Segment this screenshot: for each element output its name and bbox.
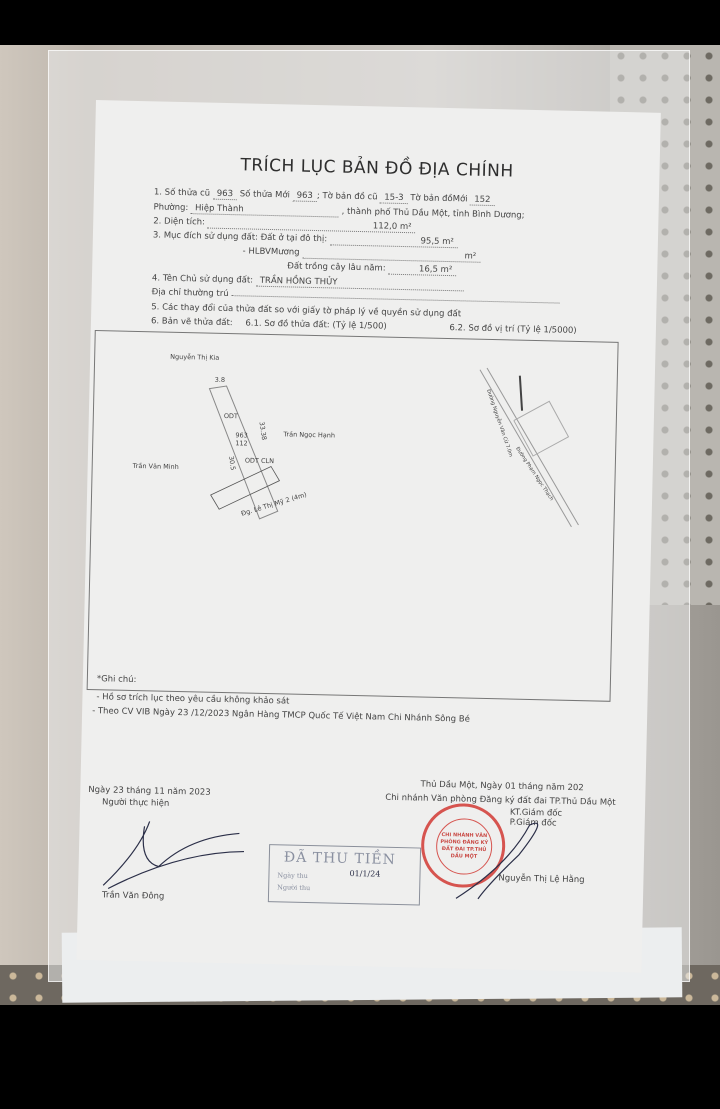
- left-signature: [98, 810, 250, 893]
- map-drawing: [88, 331, 618, 701]
- photo-background: TRÍCH LỤC BẢN ĐỒ ĐỊA CHÍNH 1. Số thửa cũ…: [0, 45, 720, 1005]
- right-sign-office: Chi nhánh Văn phòng Đăng ký đất đai TP.T…: [385, 793, 616, 808]
- ward-value: Hiệp Thành: [191, 203, 339, 217]
- right-sign-name: Nguyễn Thị Lệ Hằng: [498, 873, 584, 885]
- right-signature: [448, 813, 560, 905]
- note-item: - Hồ sơ trích lục theo yêu cầu không khả…: [96, 692, 289, 706]
- notes-label: *Ghi chú:: [97, 674, 137, 685]
- neighbor-west: Trần Văn Minh: [133, 462, 179, 471]
- left-sign-date: Ngày 23 tháng 11 năm 2023: [88, 785, 211, 798]
- document-page: TRÍCH LỤC BẢN ĐỒ ĐỊA CHÍNH 1. Số thửa cũ…: [76, 100, 660, 973]
- parcel-area: 112: [235, 439, 248, 447]
- old-parcel-number: 963: [213, 189, 237, 201]
- area-value: 112,0 m²: [207, 218, 415, 234]
- owner-name: TRẦN HỒNG THỦY: [256, 276, 464, 292]
- paid-stamp: ĐÃ THU TIỀN Ngày thu Người thu 01/1/24: [268, 844, 421, 905]
- parcel-label-odt-cln: ODT CLN: [245, 456, 274, 465]
- parcel-map: Nguyễn Thị Kia Trần Ngọc Hạnh Trần Văn M…: [87, 330, 619, 702]
- land-use-line-2: - HLBVMương m²: [242, 246, 480, 262]
- left-sign-role: Người thực hiện: [102, 797, 169, 809]
- document-title: TRÍCH LỤC BẢN ĐỒ ĐỊA CHÍNH: [94, 152, 659, 185]
- left-sign-name: Trần Văn Đông: [102, 890, 165, 901]
- parcel-label-odt: ODT: [224, 412, 238, 420]
- neighbor-east: Trần Ngọc Hạnh: [283, 430, 335, 439]
- parcel-number: 963: [235, 431, 248, 439]
- neighbor-north: Nguyễn Thị Kia: [170, 353, 219, 362]
- right-sign-date: Thủ Dầu Một, Ngày 01 tháng năm 202: [420, 780, 583, 794]
- land-use-line-3: Đất trồng cây lâu năm: 16,5 m²: [287, 261, 456, 276]
- note-item: - Theo CV VIB Ngày 23 /12/2023 Ngân Hàng…: [92, 706, 470, 725]
- new-parcel-number: 963: [293, 190, 317, 202]
